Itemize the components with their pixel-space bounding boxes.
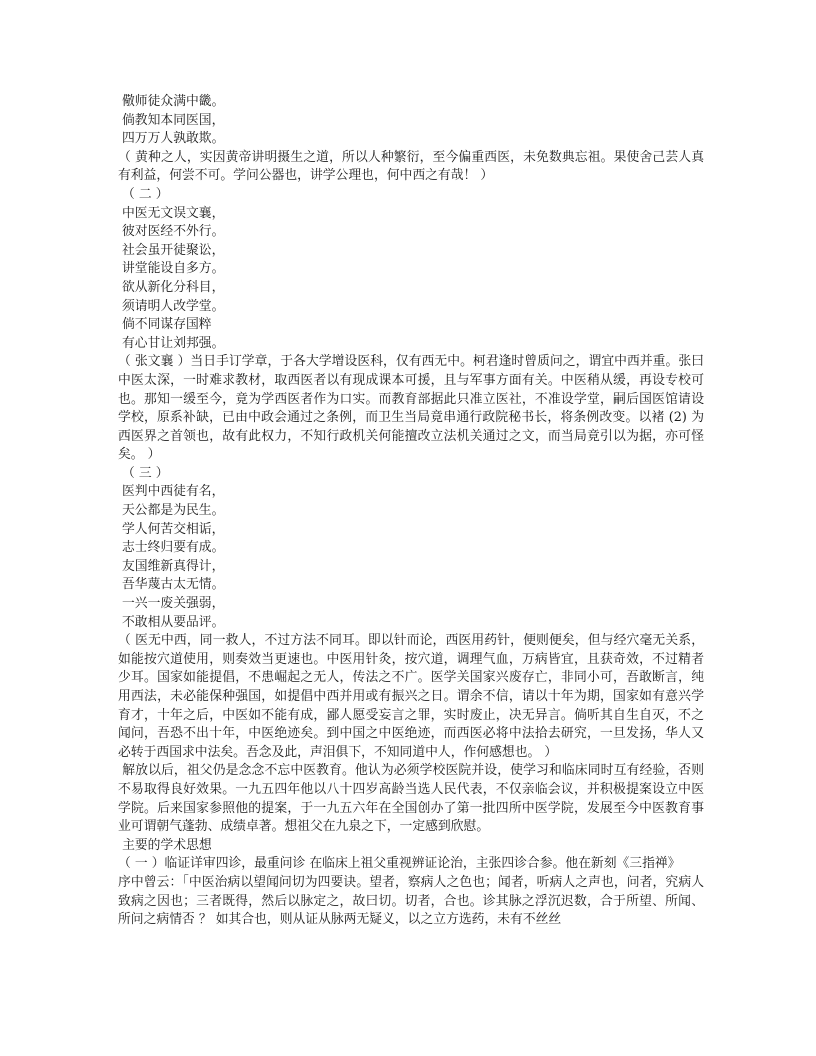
poem-line: 天公都是为民生。 — [118, 502, 704, 521]
poem-line: 彼对医经不外行。 — [118, 223, 704, 242]
poem-line: 四万万人孰敢欺。 — [118, 130, 704, 149]
subsection-heading-1: （ 一 ）临证详审四诊，最重问诊 在临床上祖父重视辨证论治，主张四诊合参。他在新… — [118, 855, 704, 874]
poem-line: 倘教知本同医国， — [118, 112, 704, 131]
section-title: 主要的学术思想 — [118, 837, 704, 856]
poem-line: 一兴一废关强弱， — [118, 595, 704, 614]
poem-line: 志士终归要有成。 — [118, 539, 704, 558]
annotation-note-1: （ 黄种之人，实因黄帝讲明摄生之道，所以人种繁衍，至今偏重西医，未免数典忘祖。果… — [118, 149, 704, 186]
body-paragraph-liberation: 解放以后，祖父仍是念念不忘中医教育。他认为必须学校医院并设，使学习和临床同时互有… — [118, 762, 704, 836]
poem-line: 中医无文误文襄， — [118, 205, 704, 224]
poem-line: 吾华蔑古太无情。 — [118, 576, 704, 595]
annotation-note-2: （ 张文襄 ）当日手订学章，于各大学增设医科，仅有西无中。柯君逢时曾质问之，谓宜… — [118, 353, 704, 465]
poem-line: 倘不同谋存国粹 — [118, 316, 704, 335]
poem-line: 学人何苦交相诟， — [118, 521, 704, 540]
poem-line: 讲堂能设自多方。 — [118, 260, 704, 279]
poem-line: 社会虽开徒聚讼， — [118, 242, 704, 261]
annotation-note-3: （ 医无中西，同一救人，不过方法不同耳。即以针而论，西医用药针，便则便矣，但与经… — [118, 632, 704, 762]
poem-line: 不敢相从要品评。 — [118, 614, 704, 633]
section-heading-3: （ 三 ） — [118, 465, 704, 484]
poem-line: 友国维新真得计， — [118, 558, 704, 577]
poem-line: 须请明人改学堂。 — [118, 298, 704, 317]
poem-line: 儆师徒众满中畿。 — [118, 93, 704, 112]
section-heading-2: （ 二 ） — [118, 186, 704, 205]
poem-line: 欲从新化分科目， — [118, 279, 704, 298]
poem-line: 有心甘让刘邦强。 — [118, 335, 704, 354]
document-page: 儆师徒众满中畿。 倘教知本同医国， 四万万人孰敢欺。 （ 黄种之人，实因黄帝讲明… — [118, 93, 704, 930]
preface-quote-paragraph: 序中曾云：「中医治病以望闻问切为四要诀。望者，察病人之色也；闻者，听病人之声也，… — [118, 874, 704, 930]
poem-line: 医判中西徒有名， — [118, 483, 704, 502]
